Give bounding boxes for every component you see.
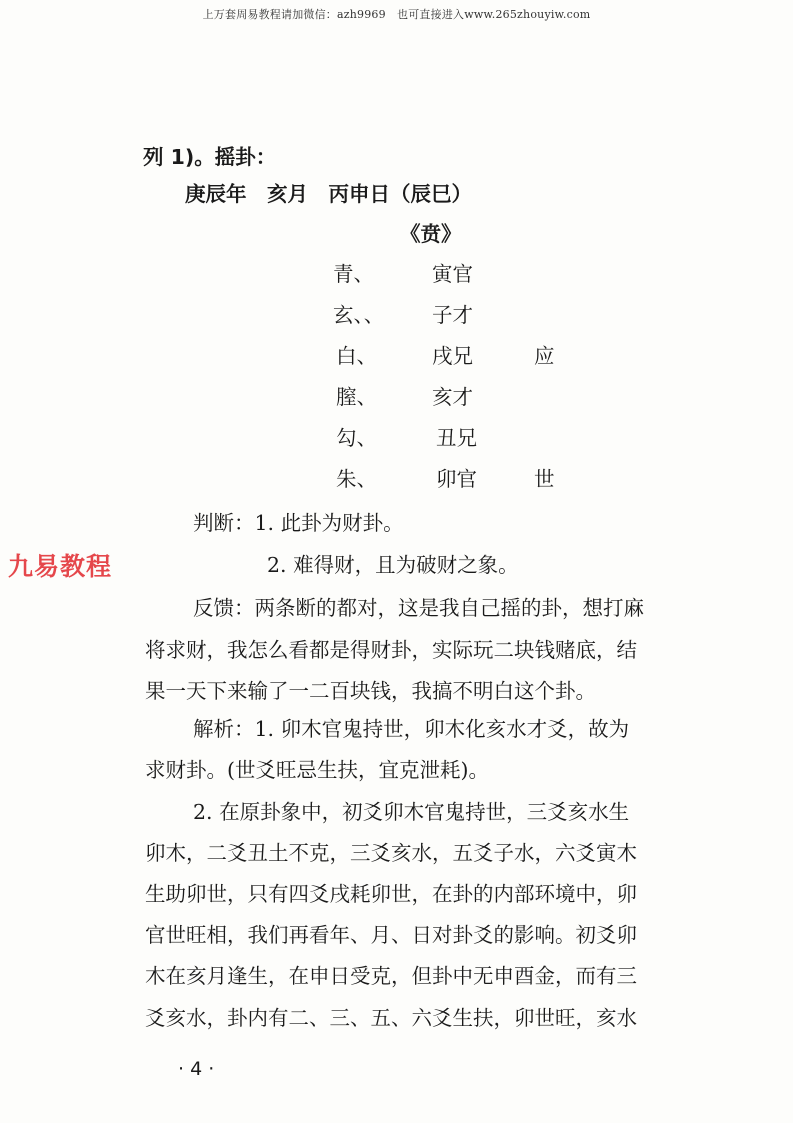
paragraph-line: 2. 在原卦象中，初爻卯木官鬼持世，三爻亥水生 — [193, 802, 629, 823]
mark: 应 — [534, 346, 555, 367]
judgment-2: 2. 难得财，且为破财之象。 — [267, 555, 519, 576]
example-title: 列 1)。摇卦： — [143, 147, 276, 168]
spirit: 朱、 — [336, 469, 377, 490]
paragraph-line: 生助卯世，只有四爻戌耗卯世，在卦的内部环境中，卯 — [145, 884, 637, 905]
branch: 戌兄 — [432, 346, 473, 367]
paragraph-line: 果一天下来输了一二百块钱，我搞不明白这个卦。 — [145, 681, 596, 702]
paragraph-line: 反馈：两条断的都对，这是我自己摇的卦，想打麻 — [193, 598, 644, 619]
paragraph-line: 将求财，我怎么看都是得财卦，实际玩二块钱赌底，结 — [145, 640, 637, 661]
branch: 亥才 — [432, 387, 473, 408]
mark: 世 — [534, 469, 555, 490]
date-line: 庚辰年 亥月 丙申日（辰巳） — [185, 184, 472, 205]
spirit: 勾、 — [336, 428, 377, 449]
header-watermark: 上万套周易教程请加微信：azh9969 也可直接进入www.265zhouyiw… — [0, 6, 793, 22]
paragraph-line: 木在亥月逢生，在申日受克，但卦中无申酉金，而有三 — [145, 966, 637, 987]
paragraph-line: 爻亥水，卦内有二、三、五、六爻生扶，卯世旺，亥水 — [145, 1008, 637, 1029]
paragraph-line: 官世旺相，我们再看年、月、日对卦爻的影响。初爻卯 — [145, 925, 637, 946]
branch: 寅官 — [432, 264, 473, 285]
spirit: 膣、 — [336, 387, 377, 408]
spirit: 青、 — [333, 264, 374, 285]
judgment-1: 判断：1. 此卦为财卦。 — [193, 513, 404, 534]
page-number: · 4 · — [178, 1058, 214, 1080]
spirit: 玄、、 — [333, 305, 384, 326]
branch: 丑兄 — [436, 428, 477, 449]
branch: 卯官 — [436, 469, 477, 490]
branch: 子才 — [432, 305, 473, 326]
paragraph-line: 卯木，二爻丑土不克，三爻亥水，五爻子水，六爻寅木 — [145, 843, 637, 864]
side-watermark: 九易教程 — [8, 547, 112, 583]
spirit: 白、 — [336, 346, 377, 367]
hexagram-name: 《贲》 — [400, 224, 462, 245]
paragraph-line: 求财卦。(世爻旺忌生扶，宜克泄耗)。 — [145, 760, 489, 781]
paragraph-line: 解析：1. 卯木官鬼持世，卯木化亥水才爻，故为 — [193, 719, 629, 740]
